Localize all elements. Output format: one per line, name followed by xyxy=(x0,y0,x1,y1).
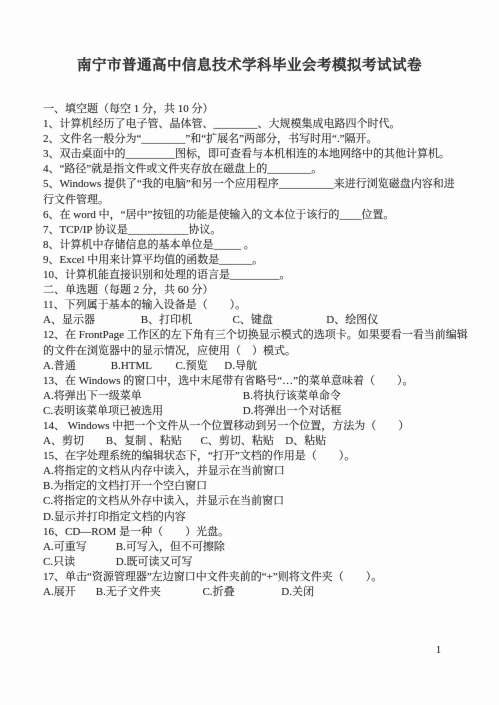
exam-paper-page: 南宁市普通高中信息技术学科毕业会考模拟考试试卷 一、填空题（每空 1 分，共 1… xyxy=(0,0,499,705)
option-12-a: A.普通 xyxy=(43,359,108,374)
option-17-a: A.展开 xyxy=(43,585,93,600)
choice-question-16-options-ab: A.可重写 B.可写入，但不可擦除 xyxy=(43,540,479,555)
choice-question-12-line2: 的文件在浏览器中的显示情况，应使用（ ）模式。 xyxy=(43,344,479,359)
option-12-d: D.导航 xyxy=(224,359,257,374)
option-14-c: C、剪切、粘贴 xyxy=(201,434,283,449)
fill-question-2: 2、文件名一般分为“________”和“扩展名”两部分，书写时用“.”隔开。 xyxy=(43,132,479,147)
choice-question-13-options-cd: C.表明该菜单项已被选用 D.将弹出一个对话框 xyxy=(43,404,479,419)
fill-question-5-line1: 5、Windows 提供了“我的电脑”和另一个应用程序__________来进行… xyxy=(43,177,479,192)
option-15-c: C.将指定的文档从外存中读入，并显示在当前窗口 xyxy=(43,494,479,509)
fill-question-1: 1、计算机经历了电子管、晶体管、________、大规模集成电路四个时代。 xyxy=(43,117,479,132)
fill-question-9: 9、Excel 中用来计算平均值的函数是______。 xyxy=(43,253,479,268)
fill-section-heading: 一、填空题（每空 1 分，共 10 分） xyxy=(43,102,479,117)
option-13-c: C.表明该菜单项已被选用 xyxy=(43,404,240,419)
fill-question-6: 6、在 word 中，“居中”按钮的功能是使输入的文本位于该行的____位置。 xyxy=(43,208,479,223)
choice-question-12-options: A.普通 B.HTML C.预览 D.导航 xyxy=(43,359,479,374)
page-number: 1 xyxy=(436,645,441,656)
choice-question-14-options: A、剪切 B、复制 、粘贴 C、剪切、粘贴 D、粘贴 xyxy=(43,434,479,449)
option-17-d: D.关闭 xyxy=(281,585,314,600)
choice-question-17: 17、单击“资源管理器”左边窗口中文件夹前的“+”则将文件夹（ ）。 xyxy=(43,570,479,585)
option-16-c: C.只读 xyxy=(43,555,113,570)
option-15-b: B.为指定的文档打开一个空白窗口 xyxy=(43,479,479,494)
option-12-b: B.HTML xyxy=(111,359,173,374)
choice-question-16: 16、CD—ROM 是一种（ ）光盘。 xyxy=(43,525,479,540)
fill-question-7: 7、TCP/IP 协议是___________协议。 xyxy=(43,223,479,238)
fill-question-8: 8、计算机中存储信息的基本单位是_____ 。 xyxy=(43,238,479,253)
option-14-b: B、复制 、粘贴 xyxy=(106,434,198,449)
option-16-d: D.既可读又可写 xyxy=(116,555,193,570)
choice-question-17-options: A.展开 B.无子文件夹 C.折叠 D.关闭 xyxy=(43,585,479,600)
option-11-a: A、显示器 xyxy=(43,313,138,328)
option-15-d: D.显示并打印指定文档的内容 xyxy=(43,510,479,525)
option-11-c: C、键盘 xyxy=(233,313,324,328)
fill-question-4: 4、“路径”就是指文件或文件夹存放在磁盘上的________。 xyxy=(43,162,479,177)
choice-question-14: 14、 Windows 中把一个文件从一个位置移动到另一个位置，方法为（ ） xyxy=(43,419,479,434)
choice-section-heading: 二、单选题（每题 2 分，共 60 分） xyxy=(43,283,479,298)
option-11-d: D、绘图仪 xyxy=(326,313,378,328)
option-11-b: B、打印机 xyxy=(141,313,230,328)
option-14-a: A、剪切 xyxy=(43,434,103,449)
option-13-b: B.将执行该菜单命令 xyxy=(243,389,341,404)
option-15-a: A.将指定的文档从内存中读入，并显示在当前窗口 xyxy=(43,464,479,479)
exam-title: 南宁市普通高中信息技术学科毕业会考模拟考试试卷 xyxy=(0,0,499,75)
option-12-c: C.预览 xyxy=(176,359,222,374)
fill-question-3: 3、双击桌面中的_________图标，即可查看与本机相连的本地网络中的其他计算… xyxy=(43,147,479,162)
choice-question-11-options: A、显示器 B、打印机 C、键盘 D、绘图仪 xyxy=(43,313,479,328)
option-16-b: B.可写入，但不可擦除 xyxy=(116,540,225,555)
option-13-a: A.将弹出下一级菜单 xyxy=(43,389,240,404)
exam-content: 一、填空题（每空 1 分，共 10 分） 1、计算机经历了电子管、晶体管、___… xyxy=(43,102,479,600)
fill-question-10: 10、计算机能直接识别和处理的语言是_________。 xyxy=(43,268,479,283)
choice-question-15: 15、在字处理系统的编辑状态下，“打开”文档的作用是（ ）。 xyxy=(43,449,479,464)
option-17-b: B.无子文件夹 xyxy=(96,585,200,600)
option-13-d: D.将弹出一个对话框 xyxy=(243,404,342,419)
choice-question-12-line1: 12、在 FrontPage 工作区的左下角有三个切换显示模式的选项卡。如果要看… xyxy=(43,328,479,343)
fill-question-5-line2: 行文件管理。 xyxy=(43,193,479,208)
option-16-a: A.可重写 xyxy=(43,540,113,555)
option-17-c: C.折叠 xyxy=(203,585,279,600)
choice-question-13: 13、在 Windows 的窗口中，选中末尾带有省略号“…”的菜单意味着（ ）。 xyxy=(43,374,479,389)
option-14-d: D、粘贴 xyxy=(285,434,326,449)
choice-question-13-options-ab: A.将弹出下一级菜单 B.将执行该菜单命令 xyxy=(43,389,479,404)
choice-question-16-options-cd: C.只读 D.既可读又可写 xyxy=(43,555,479,570)
choice-question-11: 11、下列属于基本的输入设备是（ ）。 xyxy=(43,298,479,313)
